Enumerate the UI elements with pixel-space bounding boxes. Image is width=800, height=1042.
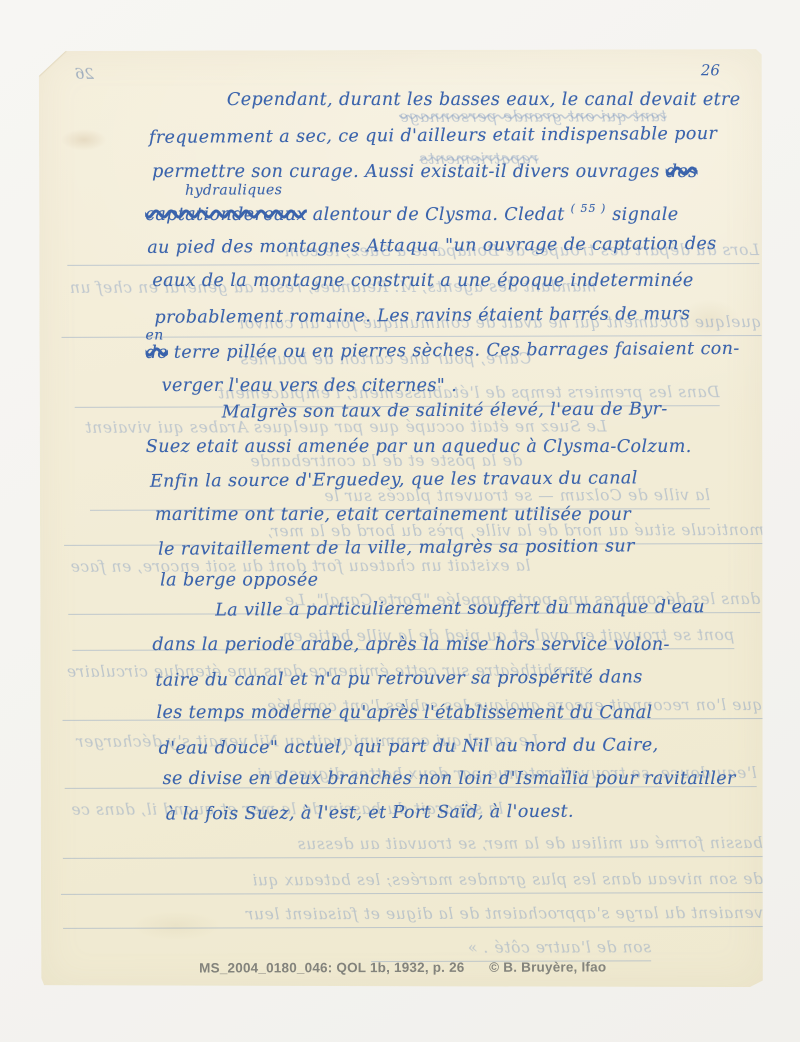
struck-out-text: de bbox=[145, 343, 167, 363]
manuscript-line: à la fois Suez, à l'est, et Port Saïd, à… bbox=[166, 802, 574, 825]
handwritten-text: à la fois Suez, à l'est, et Port Saïd, à… bbox=[166, 802, 574, 825]
bleedthrough-line: venaient du large s'approchaient de la d… bbox=[63, 904, 763, 929]
page-number: 26 bbox=[701, 61, 720, 79]
handwritten-text: maritime ont tarie, etait certainement u… bbox=[155, 505, 631, 525]
manuscript-line: en bbox=[146, 328, 164, 344]
manuscript-line: La ville a particulierement souffert du … bbox=[215, 597, 705, 620]
manuscript-line: la berge opposée bbox=[160, 570, 318, 590]
handwritten-text: probablement romaine. Les ravins étaient… bbox=[154, 304, 690, 328]
bleedthrough-line: bassin formé au milieu de la mer, se tro… bbox=[63, 834, 763, 859]
folded-corner bbox=[39, 51, 67, 77]
handwritten-text: Suez etait aussi amenée par un aqueduc à… bbox=[146, 437, 692, 457]
bleedthrough-line: son de l'autre côté . » bbox=[371, 938, 651, 962]
handwritten-text: en bbox=[146, 328, 164, 344]
manuscript-line: d'eau douce" actuel, qui part du Nil au … bbox=[159, 735, 659, 758]
handwritten-text: frequemment a sec, ce qui d'ailleurs eta… bbox=[149, 124, 717, 148]
handwritten-text: Cependant, durant les basses eaux, le ca… bbox=[227, 90, 741, 110]
bleedthrough-page-number: 26 bbox=[75, 65, 94, 83]
manuscript-line: se divise en deux branches non loin d'Is… bbox=[163, 769, 736, 789]
handwritten-text: alentour de Clysma. Cledat bbox=[307, 205, 571, 225]
manuscript-line: dans la periode arabe, après la mise hor… bbox=[152, 635, 669, 655]
handwritten-text: d'eau douce" actuel, qui part du Nil au … bbox=[159, 735, 659, 758]
handwritten-text: taire du canal et n'a pu retrouver sa pr… bbox=[155, 667, 642, 690]
handwritten-text: les temps moderne qu'après l'établisseme… bbox=[157, 703, 653, 723]
handwritten-text: verger l'eau vers des citernes" . bbox=[162, 376, 458, 396]
manuscript-line: probablement romaine. Les ravins étaient… bbox=[154, 304, 690, 328]
manuscript-line: Malgrès son taux de salinité élevé, l'ea… bbox=[222, 399, 668, 422]
manuscript-page: 26 26 tant qui ont grande personnagerapa… bbox=[39, 49, 764, 989]
handwritten-text: le ravitaillement de la ville, malgrès s… bbox=[158, 536, 635, 559]
manuscript-line: verger l'eau vers des citernes" . bbox=[162, 376, 458, 396]
manuscript-line: les temps moderne qu'après l'établisseme… bbox=[157, 703, 653, 723]
bleedthrough-line: tant qui ont grande personnage bbox=[399, 107, 667, 126]
manuscript-line: frequemment a sec, ce qui d'ailleurs eta… bbox=[149, 124, 717, 148]
handwritten-text: au pied des montagnes Attaqua "un ouvrag… bbox=[147, 234, 716, 258]
handwritten-text: dans la periode arabe, après la mise hor… bbox=[152, 635, 669, 655]
manuscript-line: eaux de la montagne construit a une époq… bbox=[152, 271, 693, 291]
archive-reference: MS_2004_0180_046: QOL 1b, 1932, p. 26 bbox=[199, 960, 464, 976]
manuscript-line: maritime ont tarie, etait certainement u… bbox=[155, 505, 631, 525]
handwritten-text: signale bbox=[606, 205, 678, 225]
handwritten-text: Malgrès son taux de salinité élevé, l'ea… bbox=[222, 399, 668, 422]
handwritten-text: eaux de la montagne construit a une époq… bbox=[152, 271, 693, 291]
handwritten-text: se divise en deux branches non loin d'Is… bbox=[163, 769, 736, 789]
paper-stain bbox=[61, 129, 107, 151]
scan-background: { "scan": { "page_number": "26", "ghost_… bbox=[0, 0, 800, 1042]
manuscript-line: au pied des montagnes Attaqua "un ouvrag… bbox=[147, 234, 716, 258]
handwritten-text: La ville a particulierement souffert du … bbox=[215, 597, 705, 620]
struck-out-text: des bbox=[666, 162, 698, 182]
footnote-reference: ( 55 ) bbox=[571, 202, 607, 215]
handwriting-layer: tant qui ont grande personnagerapatrieme… bbox=[39, 49, 762, 51]
manuscript-line: de terre pillée ou en pierres sèches. Ce… bbox=[145, 339, 739, 363]
struck-out-text: captationdereaux bbox=[145, 205, 307, 225]
manuscript-line: permettre son curage. Aussi existait-il … bbox=[152, 162, 697, 182]
bleedthrough-line: de son niveau dans les plus grandes maré… bbox=[61, 870, 763, 895]
manuscript-line: Cependant, durant les basses eaux, le ca… bbox=[227, 90, 741, 110]
handwritten-text: terre pillée ou en pierres sèches. Ces b… bbox=[168, 339, 740, 363]
manuscript-line: hydrauliques bbox=[185, 182, 282, 199]
handwritten-text: la berge opposée bbox=[160, 570, 318, 590]
copyright-credit: © B. Bruyère, Ifao bbox=[489, 959, 606, 974]
archive-caption: MS_2004_0180_046: QOL 1b, 1932, p. 26 © … bbox=[41, 959, 764, 961]
handwritten-text: hydrauliques bbox=[185, 182, 282, 199]
manuscript-line: Enfin la source d'Erguedey, que les trav… bbox=[150, 468, 638, 491]
manuscript-line: taire du canal et n'a pu retrouver sa pr… bbox=[155, 667, 642, 690]
manuscript-line: captationdereaux alentour de Clysma. Cle… bbox=[145, 202, 678, 225]
manuscript-line: Suez etait aussi amenée par un aqueduc à… bbox=[146, 437, 692, 457]
manuscript-line: le ravitaillement de la ville, malgrès s… bbox=[158, 536, 635, 559]
handwritten-text: Enfin la source d'Erguedey, que les trav… bbox=[150, 468, 638, 491]
handwritten-text: permettre son curage. Aussi existait-il … bbox=[152, 162, 666, 182]
